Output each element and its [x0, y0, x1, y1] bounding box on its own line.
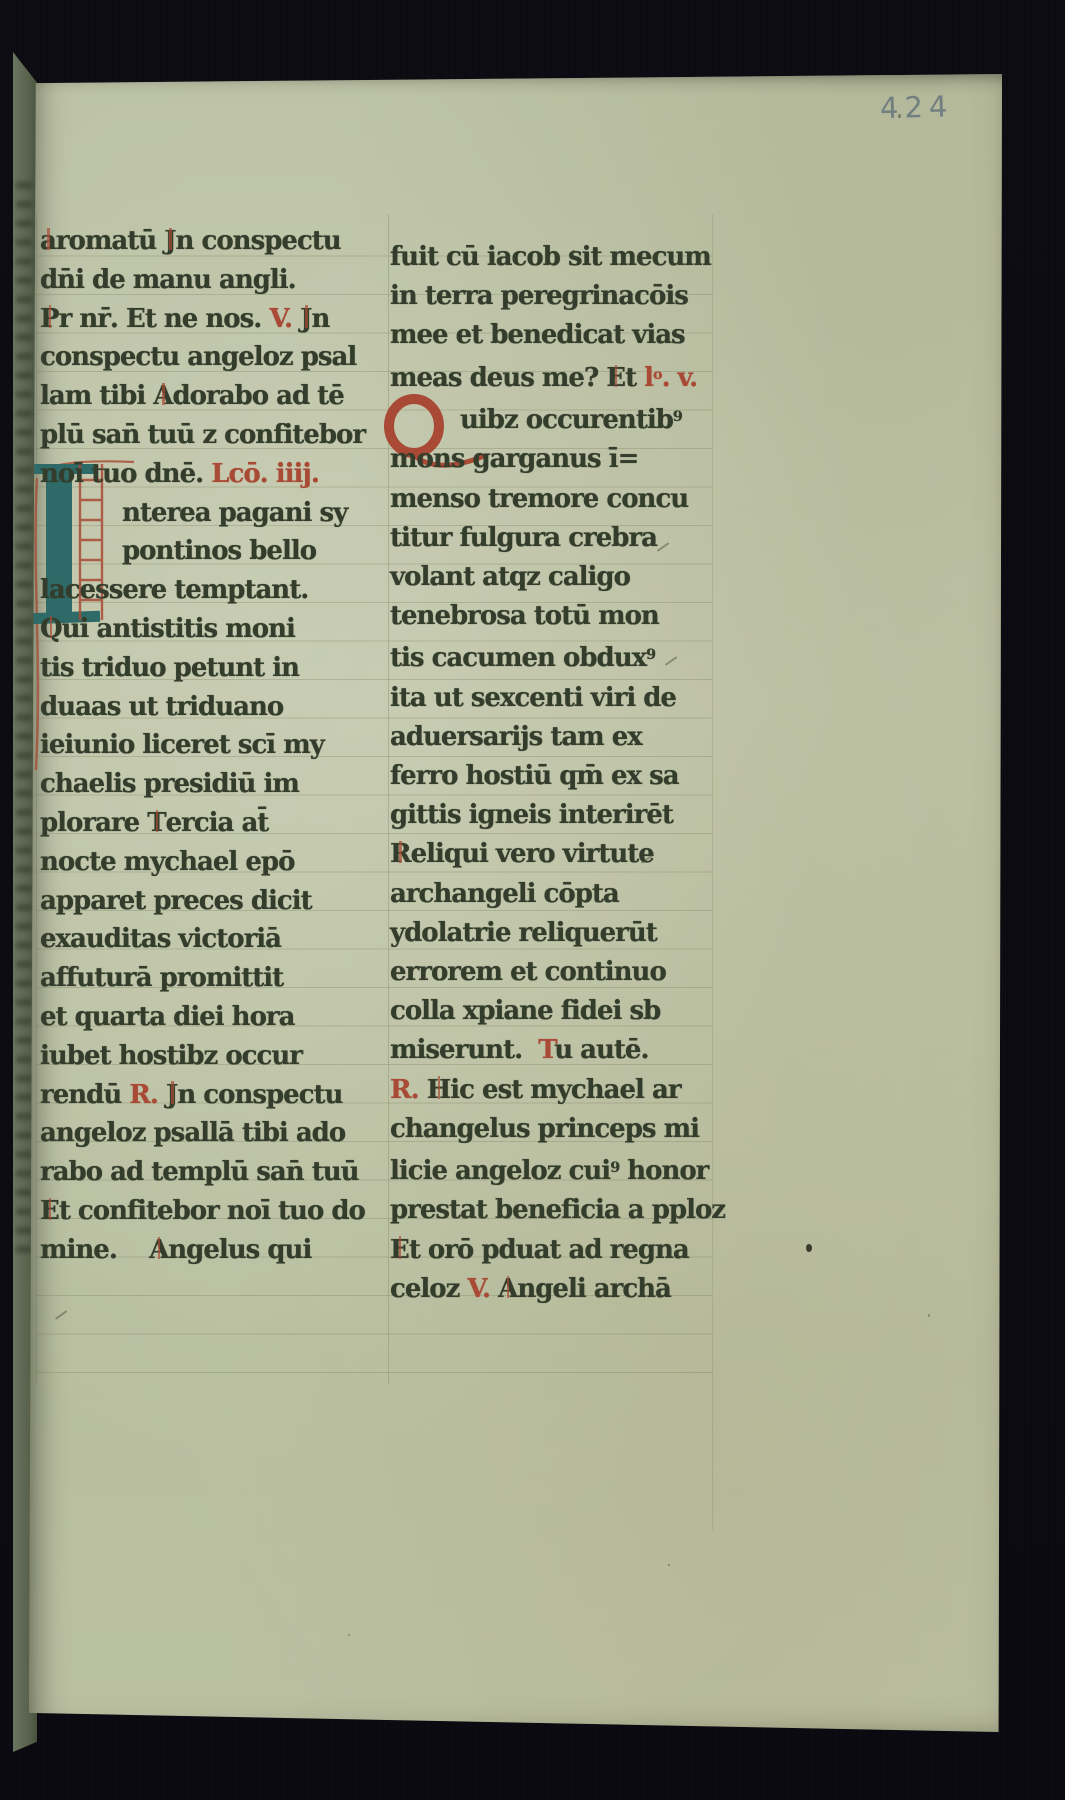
text-line: fuit cū iacob sit mecum: [390, 238, 720, 277]
text-line: Qui antistitis moni: [40, 610, 356, 649]
text-line: rabo ad templū san̄ tuū: [40, 1153, 356, 1192]
text-line: iubet hostibz occur: [40, 1037, 356, 1076]
text-line: Et orō pduat ad regna: [390, 1231, 720, 1270]
text-line: plorare Tercia at̄: [40, 804, 356, 843]
text-line: uibz occurentib9: [390, 398, 720, 440]
text-line: titur fulgura crebra: [390, 519, 720, 558]
text-line: menso tremore concu: [390, 480, 720, 519]
text-line: prestat beneficia a pploz: [390, 1191, 720, 1230]
text-line: tis triduo petunt in: [40, 649, 356, 688]
text-line: lam tibi Adorabo ad tē: [40, 377, 356, 416]
ink-speck: [928, 1314, 930, 1317]
text-line: pontinos bello: [40, 532, 356, 571]
ghost-text-showthrough: [16, 182, 32, 1262]
text-line: celoz V. Angeli archā: [390, 1270, 720, 1309]
text-line: tis cacumen obdux9: [390, 636, 720, 678]
text-line: nocte mychael epō: [40, 843, 356, 882]
text-column-left: aromatū Jn conspectudn̄i de manu angli.P…: [40, 222, 356, 1270]
text-line: apparet preces dicit: [40, 882, 356, 921]
text-column-right: fuit cū iacob sit mecumin terra peregrin…: [390, 238, 720, 1309]
margin-rule-left: [36, 214, 37, 1384]
text-line: chaelis presidiū im: [40, 765, 356, 804]
ink-speck: [572, 250, 575, 253]
text-line: noī tuo dnē. Lcō. iiij.: [40, 455, 356, 494]
text-line: Et confitebor noī tuo do: [40, 1192, 356, 1231]
text-line: lacessere temptant.: [40, 571, 356, 610]
text-line: colla xpiane fidei sb: [390, 992, 720, 1031]
text-line: nterea pagani sy: [40, 494, 356, 533]
text-line: rendū R. Jn conspectu: [40, 1076, 356, 1115]
column-rule-center: [388, 214, 389, 1384]
text-line: ieiunio liceret scī my: [40, 726, 356, 765]
text-line: plū san̄ tuū z confitebor: [40, 416, 356, 455]
manuscript-page: 424 aromatū Jn cons: [28, 74, 1002, 1732]
text-line: conspectu angeloz psal: [40, 338, 356, 377]
text-line: aromatū Jn conspectu: [40, 222, 356, 261]
text-line: mine. Angelus qui: [40, 1231, 356, 1270]
text-line: ydolatrie reliquerūt: [390, 914, 720, 953]
text-line: meas deus me? Et lo. v.: [390, 356, 720, 398]
text-line: angeloz psallā tibi ado: [40, 1114, 356, 1153]
text-line: ita ut sexcenti viri de: [390, 679, 720, 718]
manuscript-photograph: 424 aromatū Jn cons: [0, 0, 1065, 1800]
text-line: mee et benedicat vias: [390, 316, 720, 355]
text-line: volant atqz caligo: [390, 558, 720, 597]
text-line: et quarta diei hora: [40, 998, 356, 1037]
text-line: tenebrosa totū mon: [390, 597, 720, 636]
text-line: exauditas victoriā: [40, 920, 356, 959]
folio-number: 424: [880, 89, 971, 125]
text-line: mons garganus ī=: [390, 440, 720, 479]
ink-speck: [898, 114, 901, 118]
text-line: miserunt. Tu autē.: [390, 1031, 720, 1070]
text-line: affuturā promittit: [40, 959, 356, 998]
text-line: Reliqui vero virtute: [390, 835, 720, 874]
ink-speck: [668, 1564, 670, 1566]
text-line: ferro hostiū qm̄ ex sa: [390, 757, 720, 796]
text-line: licie angeloz cui9 honor: [390, 1149, 720, 1191]
text-line: errorem et continuo: [390, 953, 720, 992]
text-line: duaas ut triduano: [40, 688, 356, 727]
text-line: R. Hic est mychael ar: [390, 1071, 720, 1110]
text-line: Pr nr̄. Et ne nos. V. Jn: [40, 300, 356, 339]
text-line: in terra peregrinacōis: [390, 277, 720, 316]
ink-speck: [806, 1244, 812, 1252]
text-line: gittis igneis interirēt: [390, 796, 720, 835]
ink-speck: [348, 1634, 350, 1636]
text-line: archangeli cōpta: [390, 875, 720, 914]
text-line: aduersarijs tam ex: [390, 718, 720, 757]
text-line: changelus princeps mi: [390, 1110, 720, 1149]
text-line: dn̄i de manu angli.: [40, 261, 356, 300]
